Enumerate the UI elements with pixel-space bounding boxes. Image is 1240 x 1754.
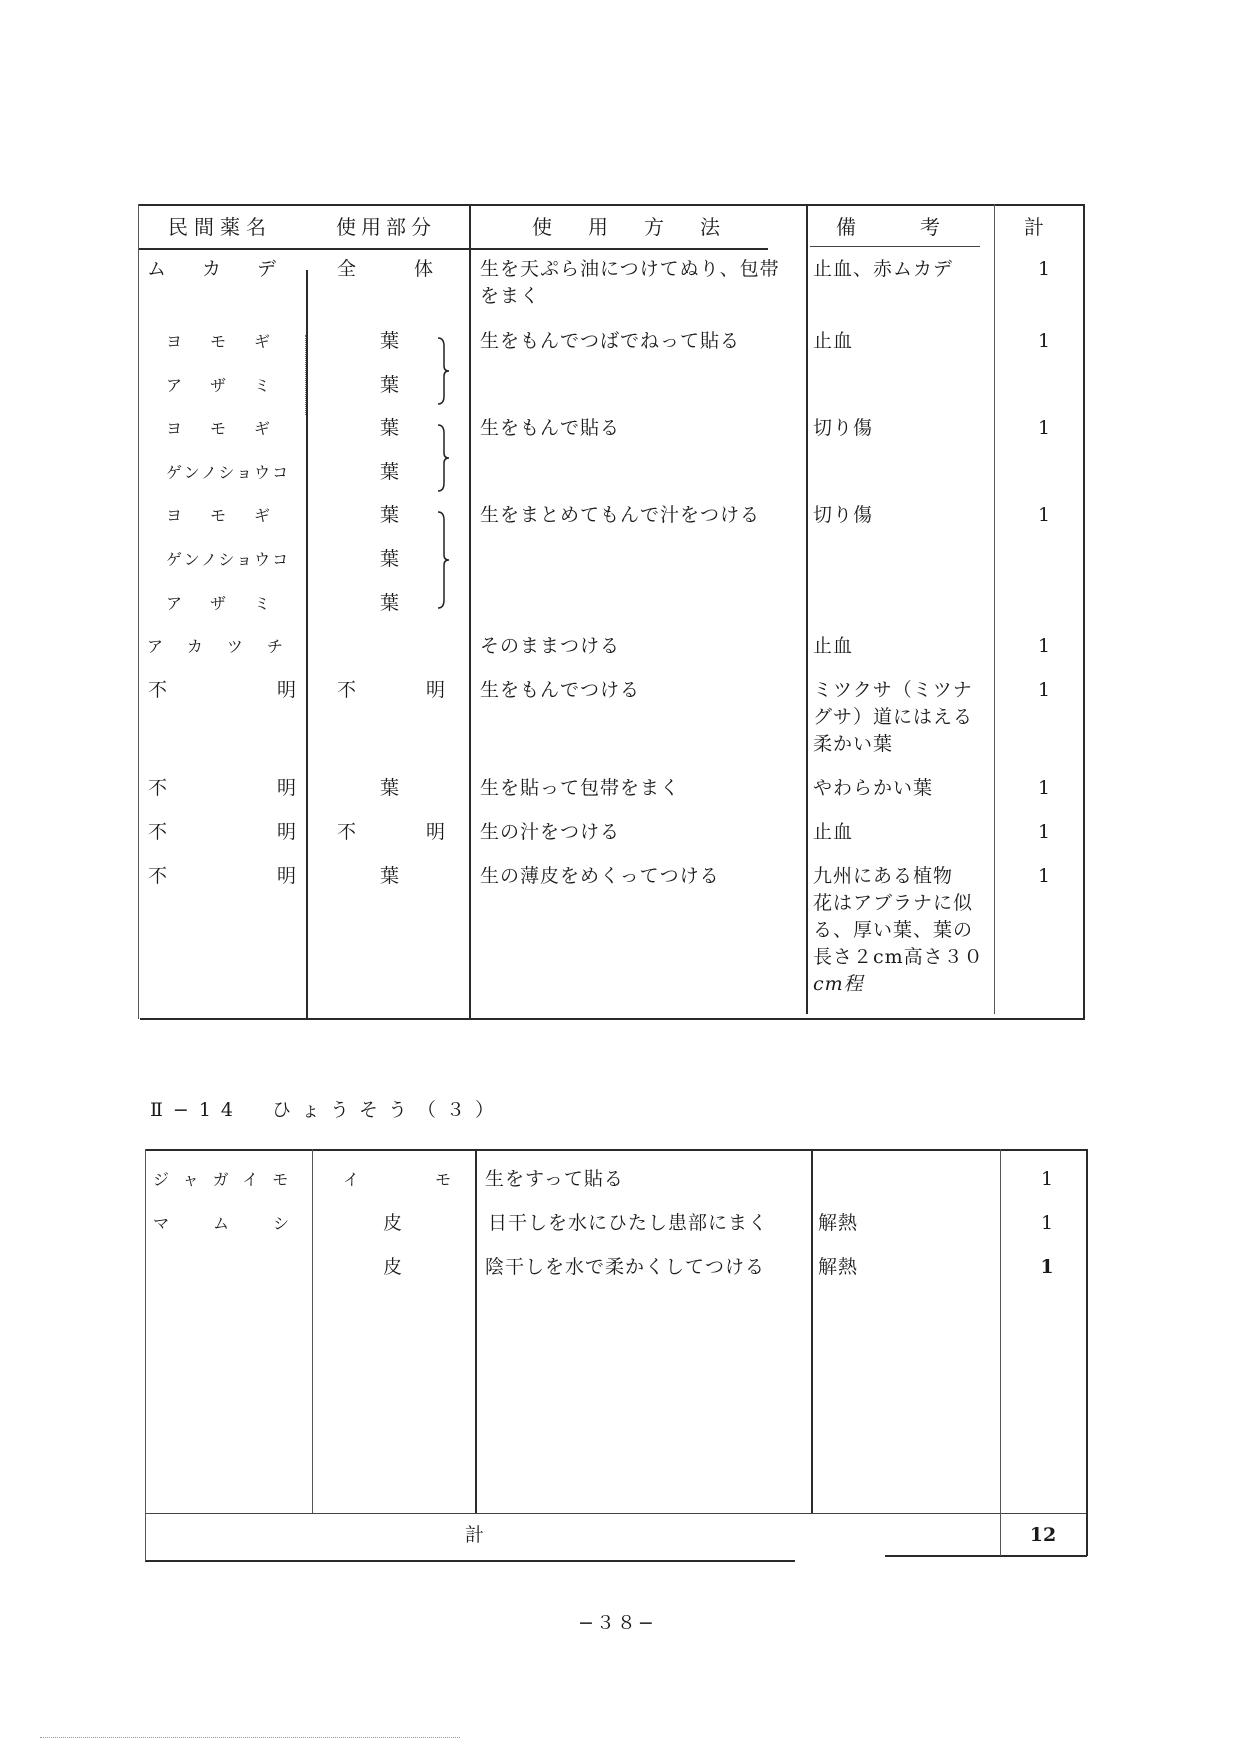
table-2-left-border — [145, 1149, 146, 1561]
row-7-count: 1 — [1024, 775, 1064, 802]
table-1-left-border — [138, 204, 139, 1019]
table-1-col-divider-4 — [994, 204, 995, 1014]
table-2-top-border — [145, 1149, 1087, 1151]
table-2-col-divider-3 — [811, 1149, 813, 1513]
table-2-right-border — [1086, 1149, 1088, 1556]
t2-row-3-count: 1 — [1027, 1254, 1067, 1281]
row-4c-name: アザミ — [166, 590, 298, 617]
right-brace-icon — [436, 423, 452, 493]
right-brace-icon — [436, 336, 452, 406]
table-1-bottom-border — [140, 1018, 1085, 1020]
table-1-col-divider-2 — [469, 204, 471, 1018]
row-7-remarks: やわらかい葉 — [813, 775, 933, 802]
row-9-remarks-line-3: る、厚い葉、葉の — [813, 917, 973, 944]
row-2a-name: ヨモギ — [166, 328, 298, 355]
row-1-remarks: 止血、赤ムカデ — [813, 256, 953, 283]
row-2-count: 1 — [1024, 328, 1064, 355]
table-2-col-divider-2 — [475, 1149, 477, 1513]
t2-row-2-method: 日干しを水にひたし患部にまく — [488, 1210, 768, 1237]
row-4a-name: ヨモギ — [166, 502, 298, 529]
row-3-remarks: 切り傷 — [813, 415, 873, 442]
t2-row-3-part: 皮 — [383, 1254, 403, 1281]
row-9-part: 葉 — [380, 863, 400, 890]
row-9-method: 生の薄皮をめくってつける — [480, 863, 720, 890]
row-7-part: 葉 — [380, 775, 400, 802]
row-1-part: 全体 — [337, 256, 441, 283]
row-3b-part: 葉 — [380, 459, 400, 486]
row-4-method: 生をまとめてもんで汁をつける — [480, 502, 760, 529]
section-title: Ⅱ−14 ひょうそう（３） — [150, 1095, 504, 1122]
t2-row-2-remarks: 解熱 — [818, 1210, 858, 1237]
page-number: −３８− — [578, 1608, 656, 1635]
t2-row-3-remarks: 解熱 — [818, 1254, 858, 1281]
row-3-method: 生をもんで貼る — [480, 415, 620, 442]
row-4b-name: ゲンノショウコ — [166, 546, 290, 573]
header-count: 計 — [1024, 213, 1044, 241]
row-9-name: 不明 — [148, 863, 406, 890]
row-1-method-line-2: をまく — [480, 283, 540, 310]
table-1-top-border — [138, 204, 1084, 206]
table-2-bottom-border-right — [885, 1555, 1087, 1557]
row-1-name: ムカデ — [147, 256, 287, 283]
row-8-remarks: 止血 — [813, 819, 853, 846]
right-brace-icon — [436, 510, 452, 610]
row-4c-part: 葉 — [380, 590, 400, 617]
table-2-col-divider-4 — [1000, 1149, 1001, 1556]
table-1-header-divider — [138, 248, 768, 250]
row-3a-name: ヨモギ — [166, 415, 298, 442]
row-5-name: アカツチ — [147, 633, 307, 660]
row-2b-name: アザミ — [166, 372, 298, 399]
row-4a-part: 葉 — [380, 502, 400, 529]
header-part: 使用部分 — [336, 213, 436, 241]
row-9-count: 1 — [1024, 863, 1064, 890]
t2-row-3-method: 陰干しを水で柔かくしてつける — [485, 1254, 765, 1281]
row-6-method: 生をもんでつける — [480, 677, 640, 704]
row-9-remarks-line-4: 長さ２cm高さ３０ — [813, 944, 984, 971]
row-4-remarks: 切り傷 — [813, 502, 873, 529]
header-method: 使 用 方 法 — [532, 213, 728, 241]
row-2b-part: 葉 — [380, 372, 400, 399]
row-4-count: 1 — [1024, 502, 1064, 529]
row-6-count: 1 — [1024, 677, 1064, 704]
t2-row-2-part: 皮 — [383, 1210, 403, 1237]
row-8-count: 1 — [1024, 819, 1064, 846]
row-8-method: 生の汁をつける — [480, 819, 620, 846]
table-2-col-divider-1 — [312, 1149, 313, 1513]
row-9-remarks-line-1: 九州にある植物 — [813, 863, 953, 890]
row-1-count: 1 — [1024, 256, 1064, 283]
row-4b-part: 葉 — [380, 546, 400, 573]
row-3b-name: ゲンノショウコ — [166, 459, 290, 486]
table-1-col-divider-3 — [806, 204, 808, 1014]
row-6-remarks-line-3: 柔かい葉 — [813, 731, 893, 758]
row-3-count: 1 — [1024, 415, 1064, 442]
row-1-method-line-1: 生を天ぷら油につけてぬり、包帯 — [480, 256, 780, 283]
row-2-method: 生をもんでつばでねって貼る — [480, 328, 740, 355]
total-value: 12 — [1023, 1522, 1063, 1549]
row-7-name: 不明 — [148, 775, 406, 802]
table-2-total-divider — [145, 1513, 1087, 1514]
row-6-remarks-line-2: グサ）道にはえる — [813, 704, 973, 731]
header-remarks: 備 考 — [836, 213, 948, 241]
t2-row-1-count: 1 — [1027, 1166, 1067, 1193]
row-9-remarks-line-2: 花はアブラナに似 — [813, 890, 973, 917]
row-5-method: そのままつける — [480, 633, 620, 660]
row-2-remarks: 止血 — [813, 328, 853, 355]
row-7-method: 生を貼って包帯をまく — [480, 775, 680, 802]
t2-row-2-count: 1 — [1027, 1210, 1067, 1237]
row-2a-part: 葉 — [380, 328, 400, 355]
t2-row-2-name: マムシ — [153, 1210, 333, 1237]
row-5-count: 1 — [1024, 633, 1064, 660]
row-3a-part: 葉 — [380, 415, 400, 442]
row-6-remarks-line-1: ミツクサ（ミツナ — [813, 677, 973, 704]
row-5-remarks: 止血 — [813, 633, 853, 660]
total-label: 計 — [465, 1522, 485, 1549]
t2-row-1-name: ジャガイモ — [153, 1166, 302, 1193]
t2-row-1-method: 生をすって貼る — [485, 1166, 624, 1193]
table-2-bottom-border — [145, 1560, 795, 1562]
row-9-remarks-line-5: cm程 — [813, 971, 864, 998]
scan-artifacts — [40, 1737, 460, 1738]
table-1-right-border — [1083, 204, 1085, 1019]
header-name: 民間薬名 — [168, 213, 272, 241]
dotted-divider — [305, 335, 306, 415]
table-1-header-divider-right — [810, 246, 980, 247]
